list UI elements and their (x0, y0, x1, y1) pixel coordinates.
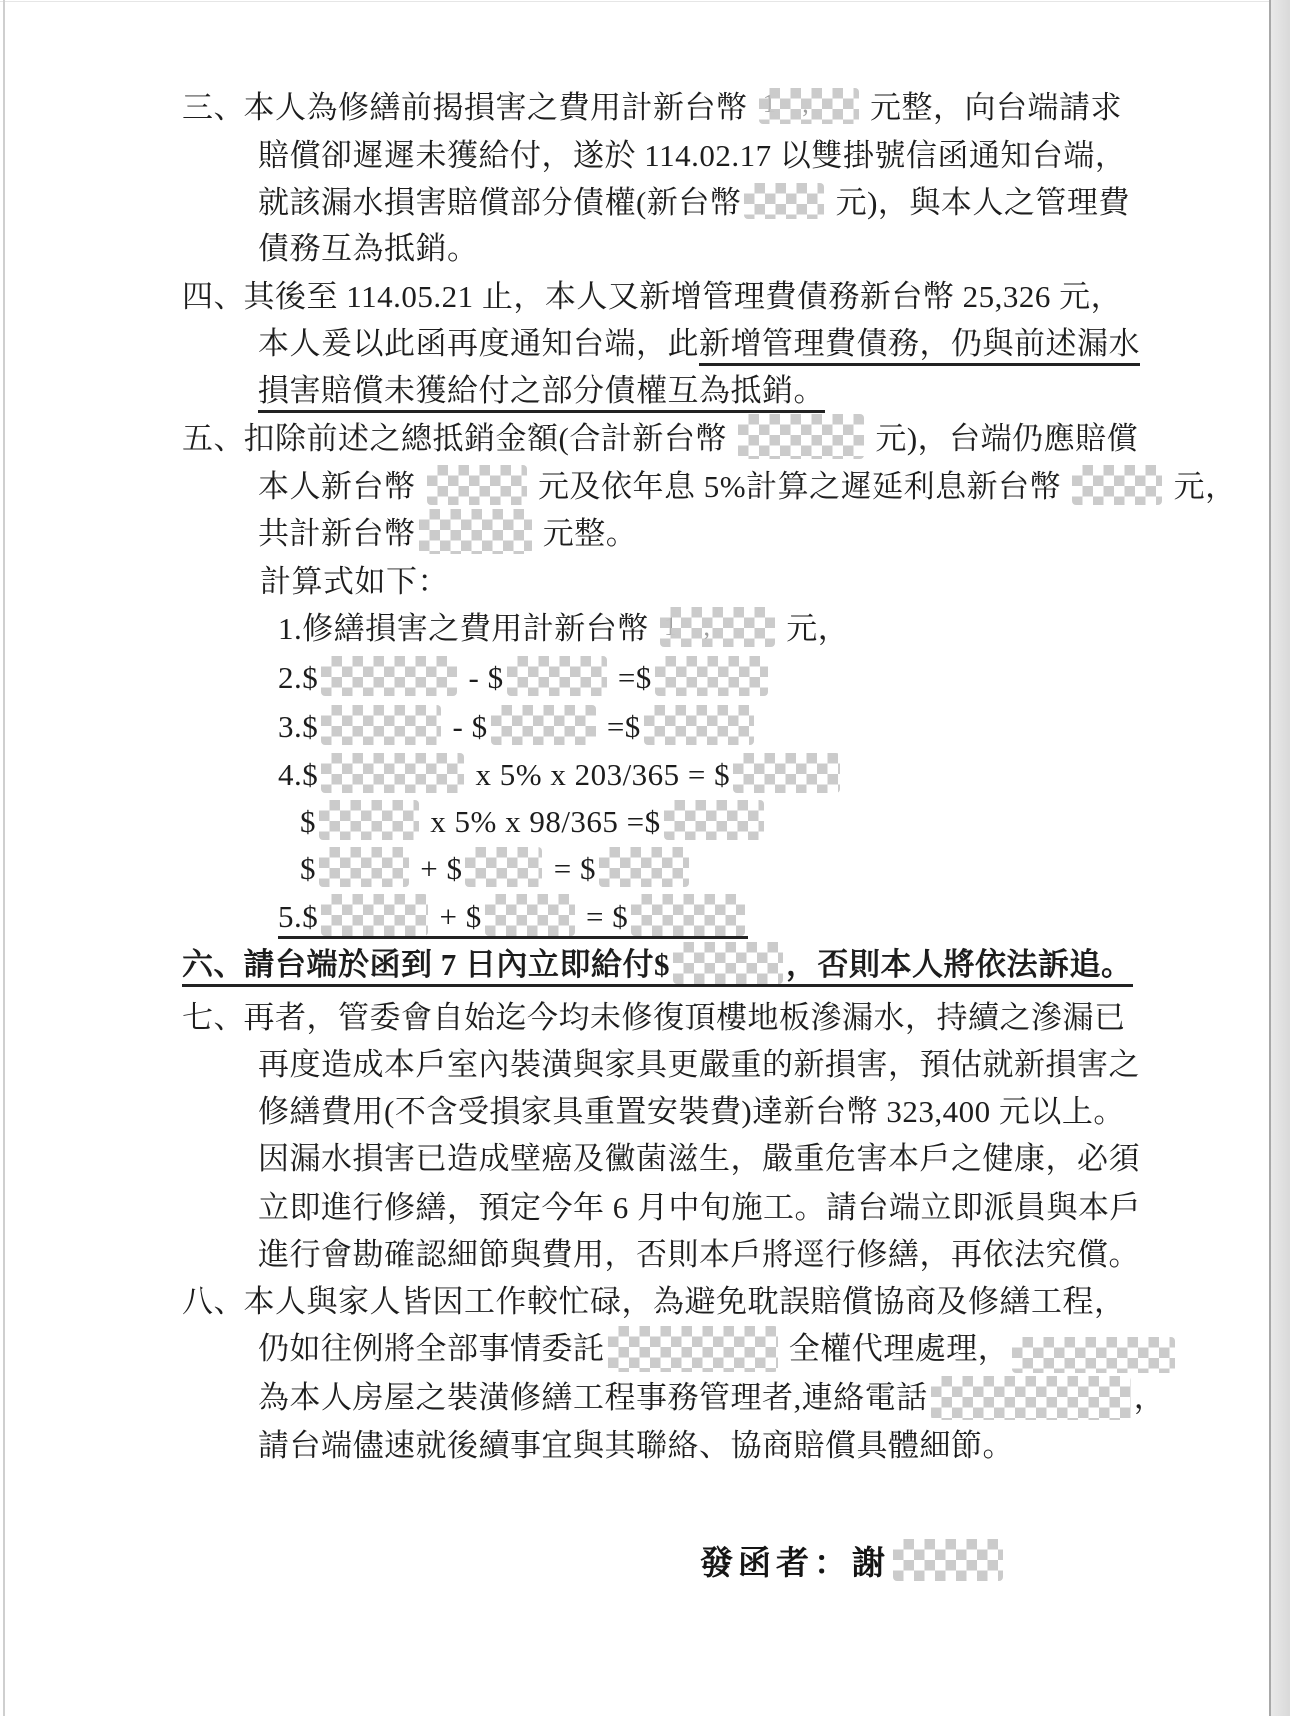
redaction-block (631, 894, 745, 936)
item-5-line-3: 共計新台幣 元整。 (258, 511, 637, 557)
text-segment: $ (300, 804, 316, 839)
item-3-line-4: 債務互為抵銷。 (258, 226, 479, 272)
scan-right-edge-band (1271, 0, 1290, 1716)
item-7-line-6: 進行會勘確認細節與費用，否則本戶將逕行修繕，再依法究償。 (258, 1232, 1140, 1278)
redaction-block (893, 1539, 1003, 1581)
item-5-line-1: 五、扣除前述之總抵銷金額(合計新台幣 元)，台端仍應賠償 (182, 416, 1138, 462)
text-segment: 元)，與本人之管理費 (827, 185, 1130, 220)
text-segment: x 5% x 98/365 =$ (422, 804, 661, 839)
item-number-separator: 、 (214, 942, 244, 988)
redaction-block (1012, 1337, 1175, 1373)
text-segment: $ (300, 851, 316, 886)
text-segment: 新增管理費債務，仍與前述漏水 (699, 326, 1140, 366)
item-number-separator: 、 (214, 274, 244, 320)
item-number-label: 五 (182, 416, 214, 462)
redaction-block (1072, 465, 1162, 505)
text-segment: 為本人房屋之裝潢修繕工程事務管理者,連絡電話 (258, 1380, 928, 1415)
item-5-line-2: 本人新台幣 元及依年息 5%計算之遲延利息新台幣 元， (258, 464, 1237, 510)
redaction-block (744, 183, 824, 219)
text-segment: 元)，台端仍應賠償 (867, 421, 1138, 456)
text-segment: 請台端於函到 7 日內立即給付$ (244, 947, 671, 982)
calc-line-4c: $ + $ = $ (300, 846, 692, 892)
text-segment: 賠償卻遲遲未獲給付，遂於 114.02.17 以雙掛號信函通知台端， (258, 138, 1126, 173)
text-segment: ， (1134, 1380, 1166, 1415)
text-segment: 本人爰以此函再度通知台端，此 (258, 326, 699, 361)
text-segment: 因漏水損害已造成壁癌及黴菌滋生，嚴重危害本戶之健康，必須 (258, 1141, 1140, 1176)
text-segment: 立即進行修繕，預定今年 6 月中旬施工。請台端立即派員與本戶 (258, 1190, 1141, 1225)
calc-line-3: 3.$ - $ =$ (278, 704, 757, 750)
redaction-block (321, 656, 457, 696)
text-segment: 元整。 (535, 516, 638, 551)
text-segment: 元， (778, 611, 849, 646)
text-segment: 2.$ (278, 660, 318, 695)
item-8-line-1: 八、本人與家人皆因工作較忙碌，為避免耽誤賠償協商及修繕工程， (182, 1279, 1126, 1325)
text-segment: + $ (412, 851, 462, 886)
sender-line: 發函者：謝 (700, 1540, 1006, 1586)
scan-top-edge (0, 1, 1290, 2)
redaction-block (608, 1326, 778, 1372)
text-segment: =$ (599, 709, 641, 744)
item-7-line-2: 再度造成本戶室內裝潢與家具更嚴重的新損害，預估就新損害之 (258, 1042, 1140, 1088)
item-number-label: 六 (182, 942, 214, 988)
item-7-line-1: 七、再者，管委會自始迄今均未修復頂樓地板滲漏水，持續之滲漏已 (182, 995, 1126, 1041)
text-segment: 本人新台幣 (258, 469, 424, 504)
item-number-label: 八 (182, 1279, 214, 1325)
scanned-letter-page: 三、本人為修繕前揭損害之費用計新台幣 1 , 元整，向台端請求賠償卻遲遲未獲給付… (0, 0, 1290, 1716)
text-segment: 發函者：謝 (700, 1543, 890, 1582)
redaction-block (427, 465, 527, 505)
item-8-line-4: 請台端儘速就後續事宜與其聯絡、協商賠償具體細節。 (258, 1423, 1014, 1469)
text-segment: 元， (1165, 469, 1236, 504)
text-segment: 就該漏水損害賠償部分債權(新台幣 (258, 185, 741, 220)
item-4-line-1: 四、其後至 114.05.21 止，本人又新增管理費債務新台幣 25,326 元… (182, 274, 1122, 320)
calc-line-1: 1.修繕損害之費用計新台幣 1 , 元， (278, 606, 849, 652)
redaction-block: 1 , (759, 88, 859, 124)
text-segment: 1.修繕損害之費用計新台幣 (278, 611, 657, 646)
redaction-block (321, 894, 428, 936)
text-segment: 全權代理處理， (781, 1331, 1010, 1366)
item-8-line-2: 仍如往例將全部事情委託 全權代理處理， (258, 1326, 1178, 1372)
item-8-line-3: 為本人房屋之裝潢修繕工程事務管理者,連絡電話， (258, 1375, 1165, 1421)
redaction-block: 1 , (660, 607, 775, 647)
item-4-line-2: 本人爰以此函再度通知台端，此新增管理費債務，仍與前述漏水 (258, 321, 1140, 367)
text-segment: 4.$ (278, 757, 318, 792)
item-7-line-5: 立即進行修繕，預定今年 6 月中旬施工。請台端立即派員與本戶 (258, 1185, 1141, 1231)
redaction-block (733, 753, 840, 793)
text-segment: 扣除前述之總抵銷金額(合計新台幣 (244, 421, 736, 456)
item-3-line-2: 賠償卻遲遲未獲給付，遂於 114.02.17 以雙掛號信函通知台端， (258, 133, 1126, 179)
item-3-line-1: 三、本人為修繕前揭損害之費用計新台幣 1 , 元整，向台端請求 (182, 85, 1122, 131)
item-number-label: 三 (182, 85, 214, 131)
text-segment: 損害賠償未獲給付之部分債權互為抵銷。 (258, 373, 825, 408)
text-segment: 修繕費用(不含受損家具重置安裝費)達新台幣 323,400 元以上。 (258, 1094, 1125, 1129)
item-7-line-3: 修繕費用(不含受損家具重置安裝費)達新台幣 323,400 元以上。 (258, 1089, 1125, 1135)
text-segment: 計算式如下： (260, 564, 449, 599)
item-number-separator: 、 (214, 995, 244, 1041)
text-segment: 5.$ (278, 899, 318, 934)
text-segment: 其後至 114.05.21 止，本人又新增管理費債務新台幣 25,326 元， (244, 279, 1123, 314)
redaction-block (419, 509, 532, 554)
text-segment: - $ (444, 709, 487, 744)
text-segment: 本人為修繕前揭損害之費用計新台幣 (244, 90, 756, 125)
calc-line-5: 5.$ + $ = $ (278, 894, 748, 940)
redaction-block (507, 656, 607, 696)
text-segment: 共計新台幣 (258, 516, 416, 551)
redaction-block (319, 800, 419, 840)
item-number-label: 四 (182, 274, 214, 320)
item-6-line-1: 六、請台端於函到 7 日內立即給付$，否則本人將依法訴追。 (182, 942, 1133, 988)
calc-line-2: 2.$ - $ =$ (278, 655, 771, 701)
scan-left-edge (3, 0, 5, 1716)
redaction-block (664, 800, 764, 840)
item-4-line-3: 損害賠償未獲給付之部分債權互為抵銷。 (258, 368, 825, 414)
redaction-block (321, 753, 464, 793)
item-number-separator: 、 (214, 85, 244, 131)
text-segment: ，否則本人將依法訴追。 (786, 947, 1133, 982)
redaction-block (673, 942, 783, 984)
text-segment: - $ (460, 660, 503, 695)
text-segment: 本人與家人皆因工作較忙碌，為避免耽誤賠償協商及修繕工程， (244, 1284, 1126, 1319)
redaction-block (931, 1376, 1131, 1420)
calc-line-4b: $ x 5% x 98/365 =$ (300, 799, 767, 845)
text-segment: 仍如往例將全部事情委託 (258, 1331, 605, 1366)
text-segment: 請台端儘速就後續事宜與其聯絡、協商賠償具體細節。 (258, 1428, 1014, 1463)
redaction-block (465, 847, 542, 887)
text-segment: 再者，管委會自始迄今均未修復頂樓地板滲漏水，持續之滲漏已 (244, 1000, 1126, 1035)
text-segment: =$ (610, 660, 652, 695)
redaction-block (485, 894, 575, 936)
redaction-block (491, 705, 596, 745)
text-segment: = $ (578, 899, 628, 934)
redaction-block (599, 847, 689, 887)
item-number-separator: 、 (214, 1279, 244, 1325)
text-segment: 債務互為抵銷。 (258, 231, 479, 266)
calc-line-4a: 4.$ x 5% x 203/365 = $ (278, 752, 843, 798)
text-segment: 元整，向台端請求 (862, 90, 1122, 125)
text-segment: x 5% x 203/365 = $ (467, 757, 730, 792)
text-segment: 再度造成本戶室內裝潢與家具更嚴重的新損害，預估就新損害之 (258, 1047, 1140, 1082)
text-segment: 3.$ (278, 709, 318, 744)
redaction-block (738, 414, 864, 459)
redaction-block (319, 847, 409, 887)
redaction-ghost-digits: 1 , (763, 88, 819, 124)
calc-heading: 計算式如下： (260, 559, 449, 605)
redaction-block (321, 705, 441, 745)
redaction-block (644, 705, 754, 745)
item-number-label: 七 (182, 995, 214, 1041)
redaction-ghost-digits: 1 , (664, 607, 720, 647)
item-7-line-4: 因漏水損害已造成壁癌及黴菌滋生，嚴重危害本戶之健康，必須 (258, 1136, 1140, 1182)
text-segment: 進行會勘確認細節與費用，否則本戶將逕行修繕，再依法究償。 (258, 1237, 1140, 1272)
item-number-separator: 、 (214, 416, 244, 462)
redaction-block (655, 656, 768, 696)
text-segment: 元及依年息 5%計算之遲延利息新台幣 (530, 469, 1070, 504)
text-segment: + $ (431, 899, 481, 934)
item-3-line-3: 就該漏水損害賠償部分債權(新台幣 元)，與本人之管理費 (258, 180, 1130, 226)
text-segment: = $ (545, 851, 595, 886)
